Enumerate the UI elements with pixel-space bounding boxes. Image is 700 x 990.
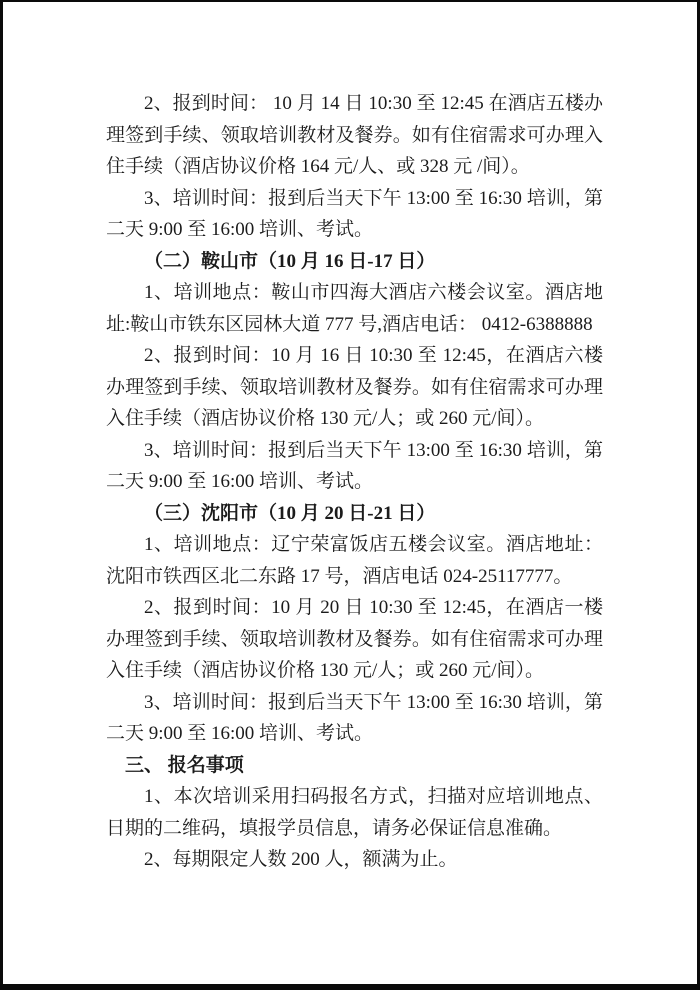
para-checkin-time-shenyang: 2、报到时间：10 月 20 日 10:30 至 12:45，在酒店一楼办理签到… bbox=[106, 592, 603, 687]
para-registration-quota: 2、每期限定人数 200 人，额满为止。 bbox=[106, 844, 603, 876]
para-checkin-time-section1: 2、报到时间： 10 月 14 日 10:30 至 12:45 在酒店五楼办理签… bbox=[106, 88, 603, 183]
para-location-anshan: 1、培训地点：鞍山市四海大酒店六楼会议室。酒店地址:鞍山市铁东区园林大道 777… bbox=[106, 277, 603, 340]
para-training-time-anshan: 3、培训时间：报到后当天下午 13:00 至 16:30 培训，第二天 9:00… bbox=[106, 435, 603, 498]
para-training-time-shenyang: 3、培训时间：报到后当天下午 13:00 至 16:30 培训，第二天 9:00… bbox=[106, 687, 603, 750]
para-training-time-section1: 3、培训时间：报到后当天下午 13:00 至 16:30 培训，第二天 9:00… bbox=[106, 183, 603, 246]
para-location-shenyang: 1、培训地点：辽宁荣富饭店五楼会议室。酒店地址：沈阳市铁西区北二东路 17 号，… bbox=[106, 529, 603, 592]
heading-anshan-session: （二）鞍山市（10 月 16 日-17 日） bbox=[106, 246, 603, 278]
heading-registration-notes: 三、 报名事项 bbox=[106, 750, 603, 782]
document-text-block: 2、报到时间： 10 月 14 日 10:30 至 12:45 在酒店五楼办理签… bbox=[106, 88, 603, 876]
para-checkin-time-anshan: 2、报到时间：10 月 16 日 10:30 至 12:45，在酒店六楼办理签到… bbox=[106, 340, 603, 435]
heading-shenyang-session: （三）沈阳市（10 月 20 日-21 日） bbox=[106, 498, 603, 530]
document-page: 2、报到时间： 10 月 14 日 10:30 至 12:45 在酒店五楼办理签… bbox=[0, 0, 700, 990]
para-registration-method: 1、本次培训采用扫码报名方式，扫描对应培训地点、日期的二维码，填报学员信息，请务… bbox=[106, 781, 603, 844]
